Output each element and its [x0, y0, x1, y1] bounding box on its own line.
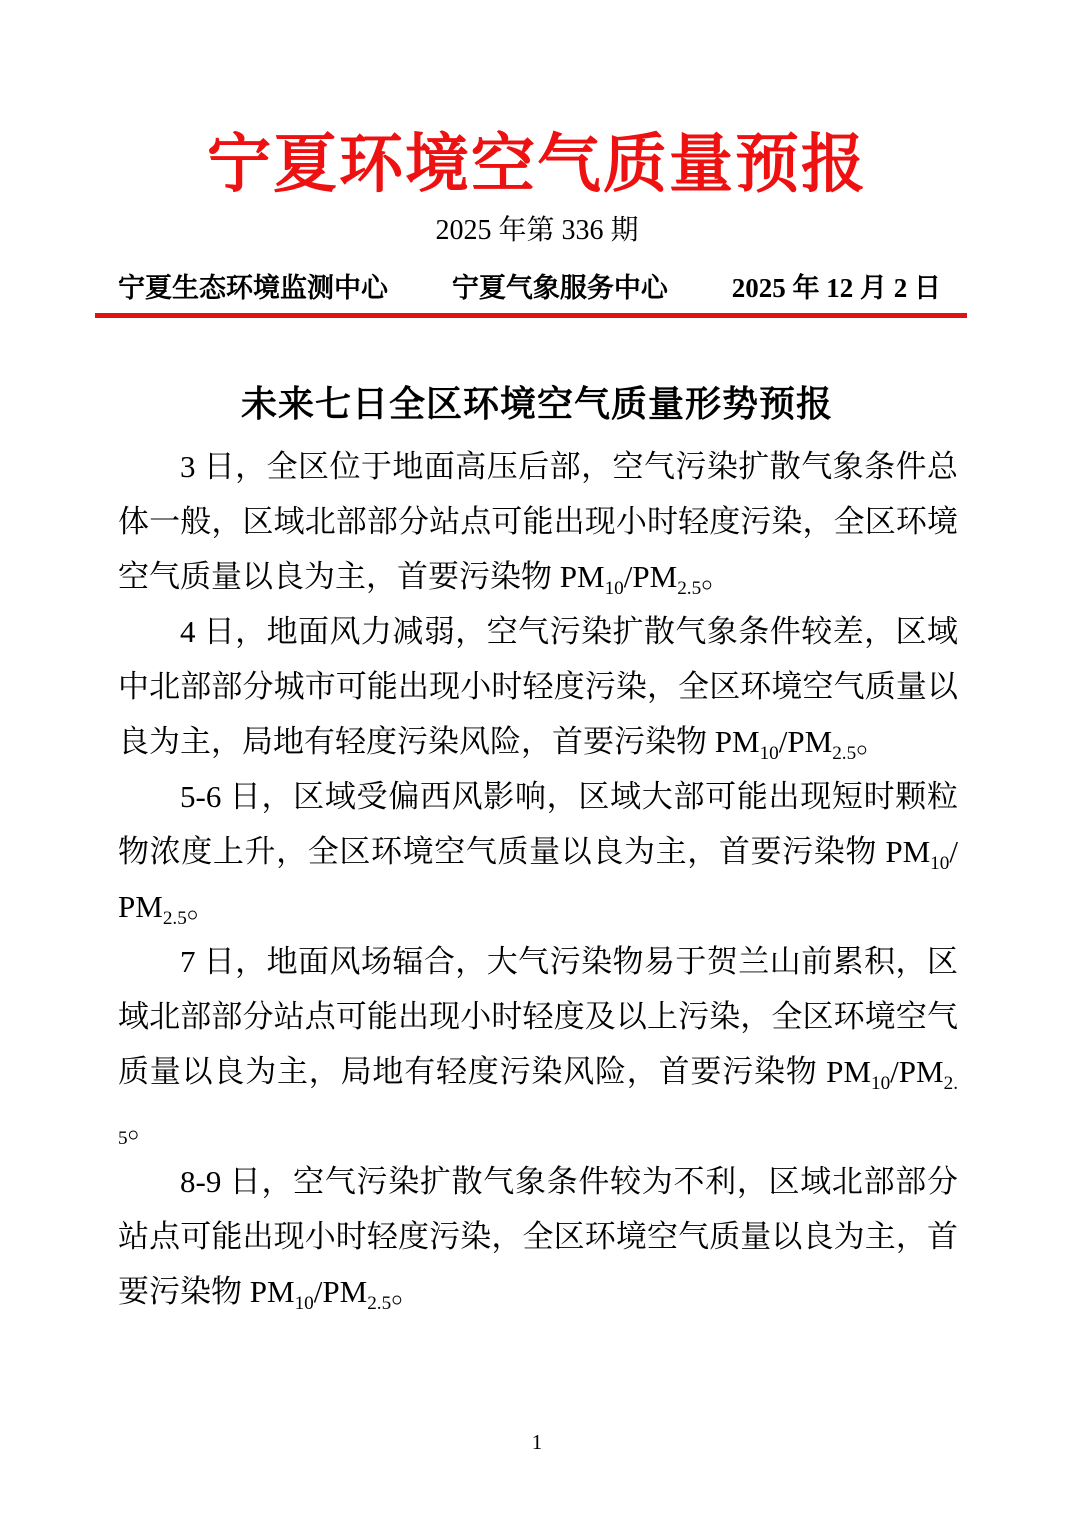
forecast-paragraph-day8-9: 8-9 日，空气污染扩散气象条件较为不利，区域北部部分站点可能出现小时轻度污染，…: [118, 1154, 958, 1319]
header-rule: [95, 313, 967, 318]
masthead: 宁夏生态环境监测中心 宁夏气象服务中心 2025 年 12 月 2 日: [118, 272, 941, 304]
issuing-org-right: 宁夏气象服务中心: [452, 272, 668, 304]
page-number: 1: [0, 1430, 1074, 1455]
forecast-body: 3 日，全区位于地面高压后部，空气污染扩散气象条件总体一般，区域北部部分站点可能…: [118, 439, 958, 1319]
forecast-paragraph-day4: 4 日，地面风力减弱，空气污染扩散气象条件较差，区域中北部部分城市可能出现小时轻…: [118, 604, 958, 769]
section-heading: 未来七日全区环境空气质量形势预报: [0, 382, 1074, 426]
forecast-paragraph-day5-6: 5-6 日，区域受偏西风影响，区域大部可能出现短时颗粒物浓度上升，全区环境空气质…: [118, 769, 958, 934]
forecast-paragraph-day7: 7 日，地面风场辐合，大气污染物易于贺兰山前累积，区域北部部分站点可能出现小时轻…: [118, 934, 958, 1154]
document-page: 宁夏环境空气质量预报 2025 年第 336 期 宁夏生态环境监测中心 宁夏气象…: [0, 0, 1074, 1520]
document-title: 宁夏环境空气质量预报: [0, 128, 1074, 202]
issuing-org-left: 宁夏生态环境监测中心: [118, 272, 388, 304]
forecast-paragraph-day3: 3 日，全区位于地面高压后部，空气污染扩散气象条件总体一般，区域北部部分站点可能…: [118, 439, 958, 604]
issue-date: 2025 年 12 月 2 日: [732, 272, 941, 304]
issue-number: 2025 年第 336 期: [0, 214, 1074, 248]
